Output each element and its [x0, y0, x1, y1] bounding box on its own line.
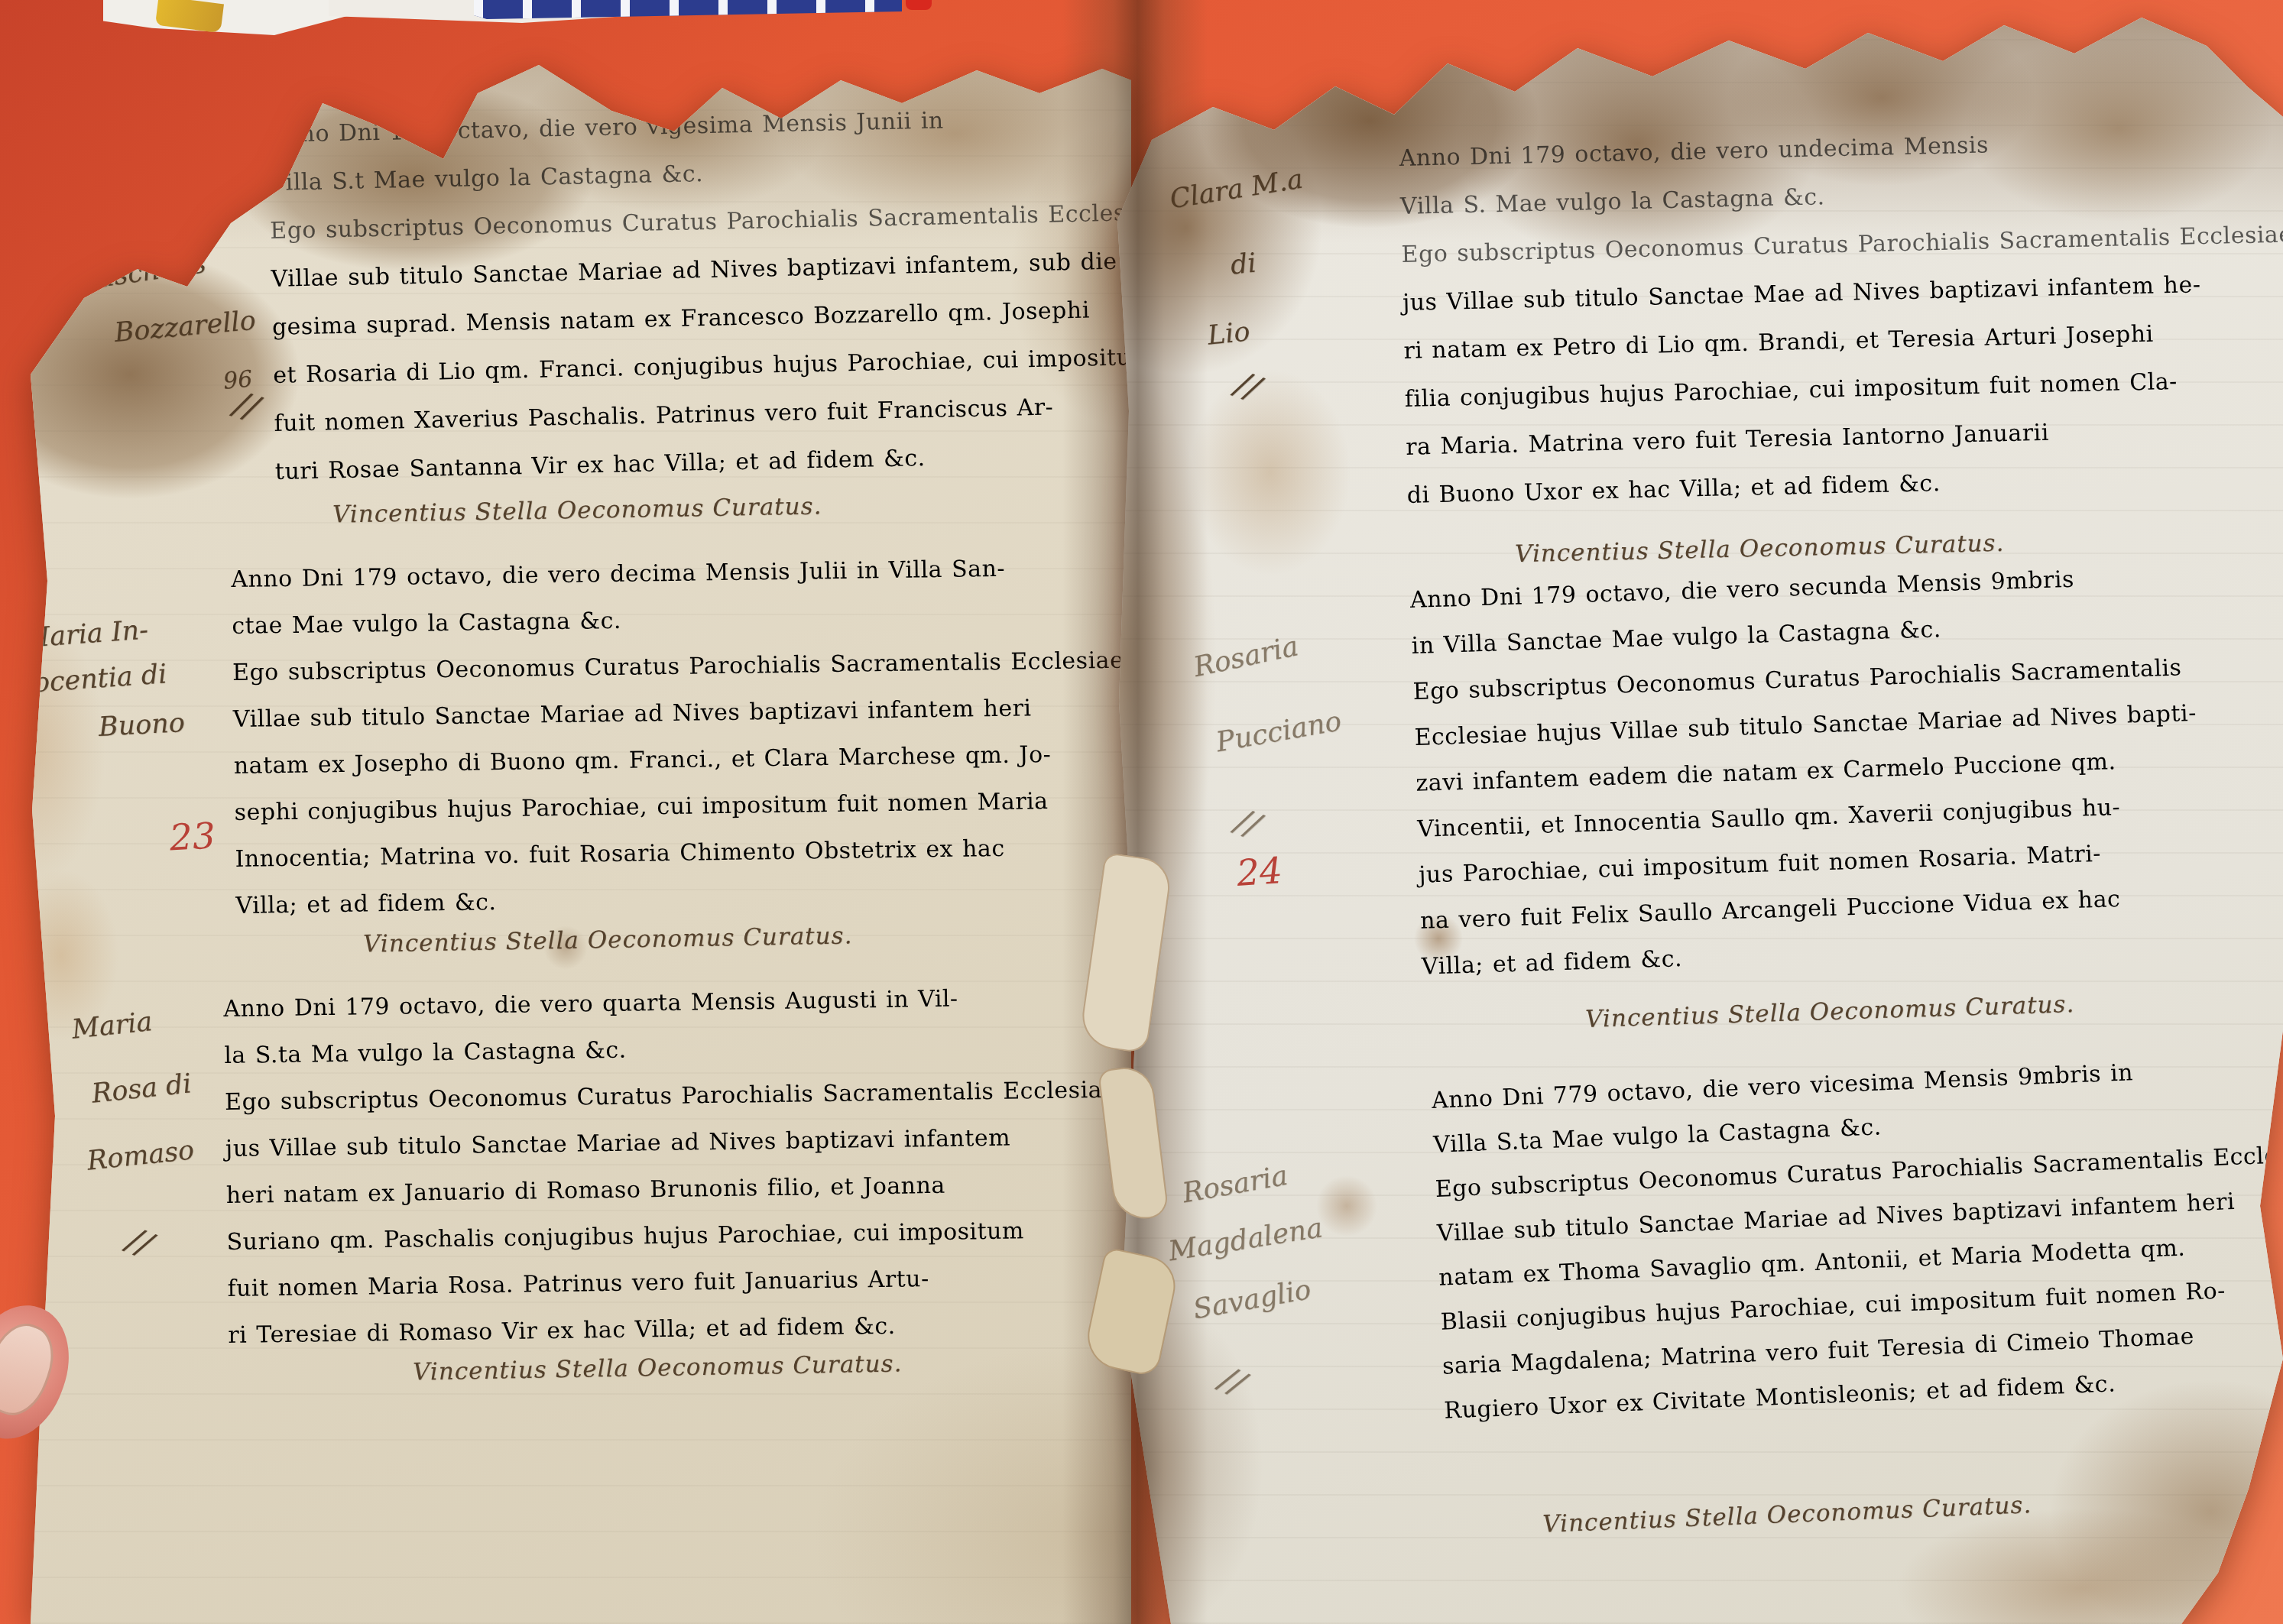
margin-name-rosa-di: Rosa di: [90, 1068, 193, 1109]
baptism-entry-body: Anno Dni 179 octavo, die vero decima Men…: [231, 543, 1201, 929]
right-page: Clara M.a di Lio // Anno Dni 179 octavo,…: [1117, 14, 2283, 1624]
folio-number-red-23: 23: [169, 815, 217, 859]
margin-name-bozzarello: Bozzarello: [113, 306, 257, 348]
margin-name-rosaria: Rosaria: [1180, 1160, 1290, 1209]
margin-name-pucciano: Pucciano: [1214, 705, 1344, 758]
baptism-entry-body: Anno Dni 179 octavo, die vero secunda Me…: [1409, 553, 2204, 990]
baptism-entry-body: Anno Dni 179 octavo, die vero quarta Men…: [223, 973, 1167, 1359]
margin-name-paschalis: Paschalis: [79, 248, 208, 296]
margin-name-maria: Maria: [70, 1006, 154, 1045]
right-page-wrap: Clara M.a di Lio // Anno Dni 179 octavo,…: [1117, 14, 2283, 1624]
margin-name-magdalena: Magdalena: [1166, 1212, 1325, 1267]
torn-header-ink-strokes: [1790, 18, 1928, 45]
curate-signature: Vincentius Stella Oeconomus Curatus.: [363, 922, 853, 958]
folio-number-red-24: 24: [1235, 850, 1284, 895]
curate-signature: Vincentius Stella Oeconomus Curatus.: [1585, 990, 2075, 1033]
left-page-wrap: Xaverius Paschalis Bozzarello 96 // Anno…: [31, 46, 1131, 1624]
margin-slashes: //: [1214, 1359, 1251, 1404]
torn-header-ink-strokes: [443, 49, 689, 76]
baptism-entry-body: Anno Dni 779 octavo, die vero vicesima M…: [1431, 1040, 2283, 1433]
left-page: Xaverius Paschalis Bozzarello 96 // Anno…: [31, 46, 1131, 1624]
margin-name-buono: Buono: [98, 708, 186, 743]
margin-name-lio: Lio: [1206, 316, 1251, 352]
margin-name-romaso: Romaso: [86, 1135, 196, 1176]
margin-name-xaverius: Xaverius: [75, 187, 196, 238]
desk-paper-object: [103, 0, 348, 35]
curate-signature: Vincentius Stella Oeconomus Curatus.: [332, 492, 822, 528]
margin-name-nocentia-di: nocentia di: [15, 659, 168, 700]
margin-slashes: //: [1231, 801, 1265, 845]
margin-name-savaglio: Savaglio: [1191, 1274, 1313, 1325]
torn-header-ink-strokes: [1438, 15, 1638, 43]
baptism-entry-body: Anno Dni 179 octavo, die vero undecima M…: [1399, 113, 2283, 520]
curate-signature: Vincentius Stella Oeconomus Curatus.: [413, 1350, 903, 1386]
margin-name-clara-ma: Clara M.a: [1168, 164, 1305, 216]
margin-name-rosaria: Rosaria: [1191, 630, 1301, 683]
margin-name-maria-in: Maria In-: [21, 615, 149, 654]
baptism-entry-body: Anno Dni 179 octavo, die vero vigesima M…: [268, 91, 1241, 496]
margin-slashes: //: [1231, 364, 1265, 408]
margin-name-di: di: [1229, 248, 1258, 280]
curate-signature: Vincentius Stella Oeconomus Curatus.: [1542, 1491, 2032, 1538]
red-marker-object: [906, 0, 932, 10]
blue-box-object: [474, 0, 902, 19]
register-photo-scene: Xaverius Paschalis Bozzarello 96 // Anno…: [0, 0, 2283, 1624]
margin-slashes: //: [122, 1220, 158, 1264]
